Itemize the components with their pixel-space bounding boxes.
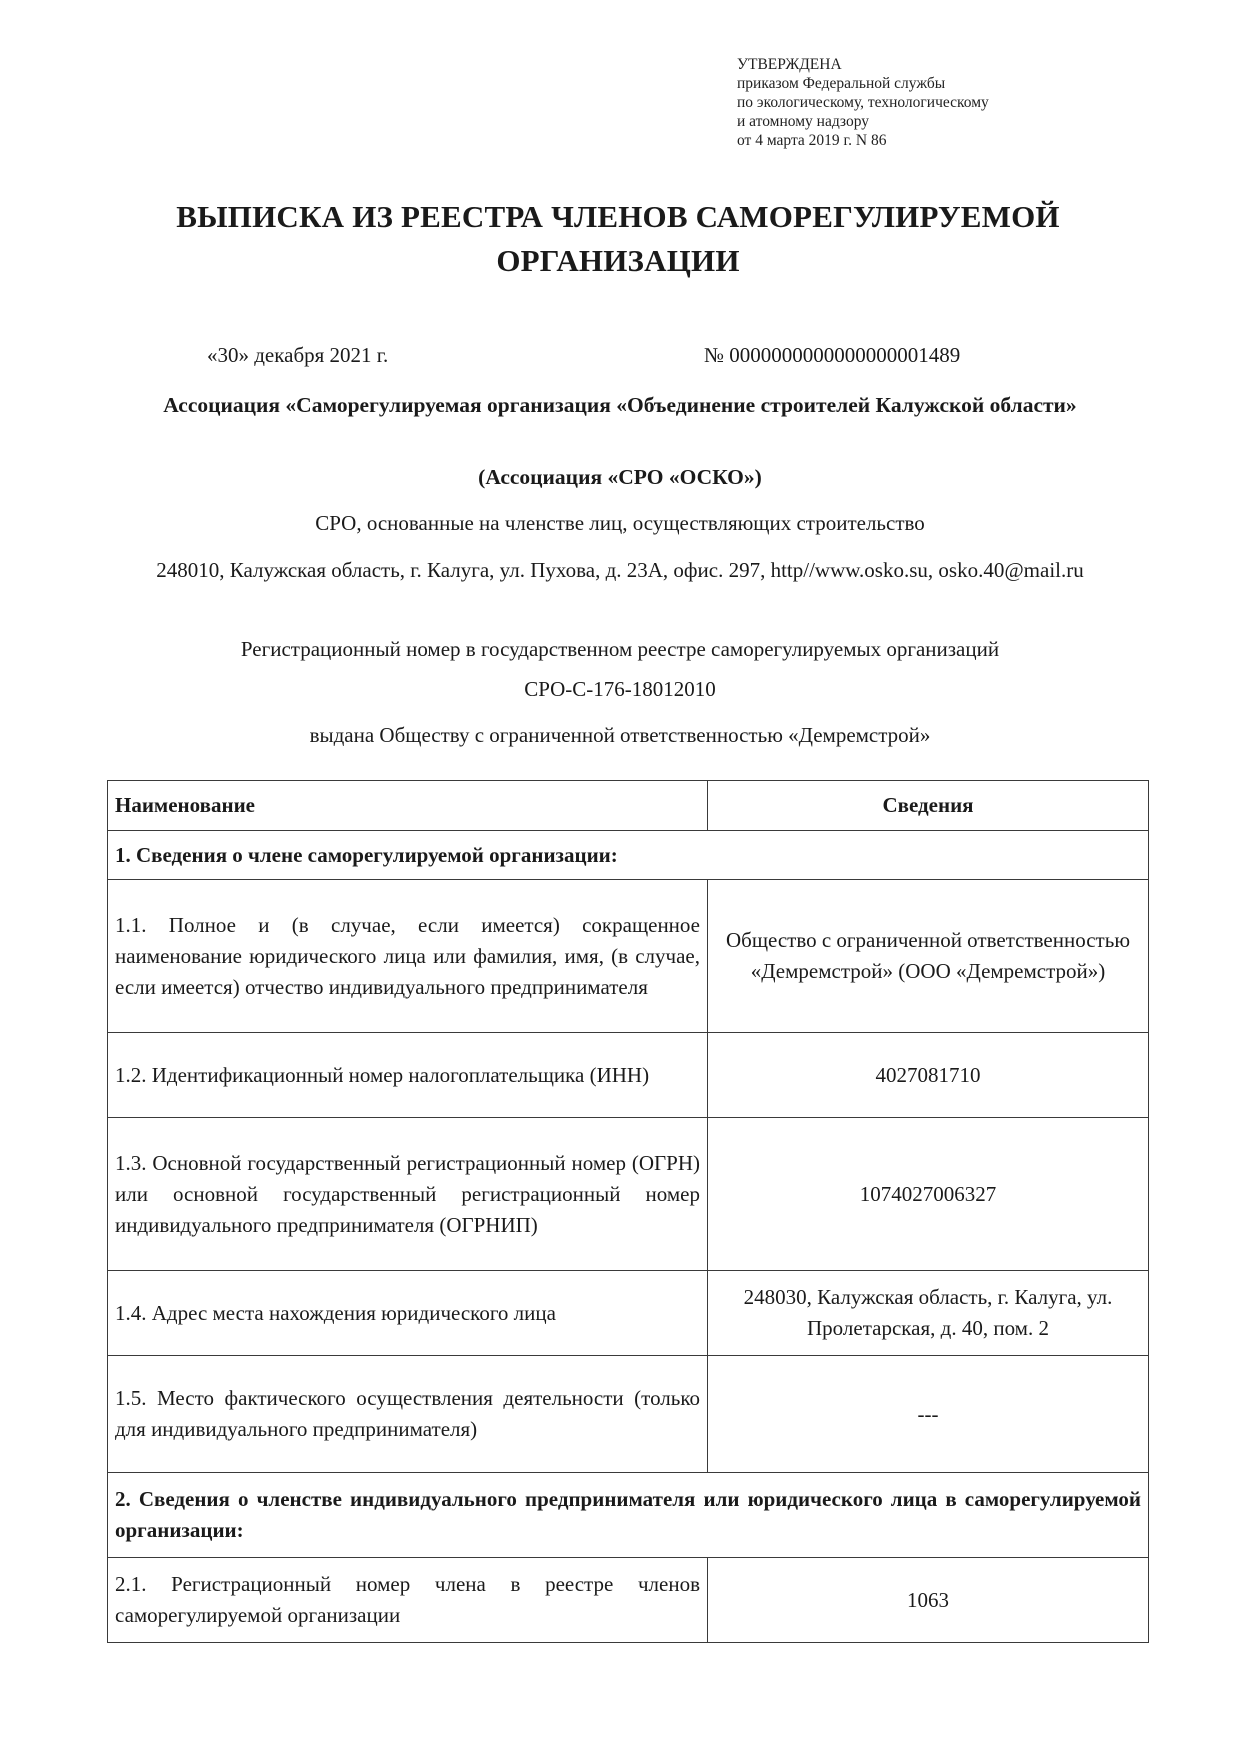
table-row: 1.4. Адрес места нахождения юридического… [108,1271,1149,1356]
row-value: Общество с ограниченной ответственностью… [708,880,1149,1033]
row-value: 1063 [708,1558,1149,1643]
organization-address: 248010, Калужская область, г. Калуга, ул… [120,555,1120,586]
section-title: 2. Сведения о членстве индивидуального п… [108,1473,1149,1558]
organization-short-name: (Ассоциация «СРО «ОСКО») [120,462,1120,493]
document-date: «30» декабря 2021 г. [207,342,388,368]
approval-line: и атомному надзору [737,112,989,131]
table-row: 1.2. Идентификационный номер налогоплате… [108,1033,1149,1118]
section-row: 1. Сведения о члене саморегулируемой орг… [108,831,1149,880]
title-line: ВЫПИСКА ИЗ РЕЕСТРА ЧЛЕНОВ САМОРЕГУЛИРУЕМ… [100,195,1136,239]
document-title: ВЫПИСКА ИЗ РЕЕСТРА ЧЛЕНОВ САМОРЕГУЛИРУЕМ… [100,195,1136,283]
row-name: 1.1. Полное и (в случае, если имеется) с… [108,880,708,1033]
organization-full-name: Ассоциация «Саморегулируемая организация… [120,388,1120,423]
table-row: 1.1. Полное и (в случае, если имеется) с… [108,880,1149,1033]
issued-to: выдана Обществу с ограниченной ответстве… [120,720,1120,751]
row-value: 248030, Калужская область, г. Калуга, ул… [708,1271,1149,1356]
section-row: 2. Сведения о членстве индивидуального п… [108,1473,1149,1558]
document-number: № 0000000000000000001489 [704,342,960,368]
row-name: 2.1. Регистрационный номер члена в реест… [108,1558,708,1643]
row-value: 1074027006327 [708,1118,1149,1271]
row-name: 1.2. Идентификационный номер налогоплате… [108,1033,708,1118]
approval-stamp: УТВЕРЖДЕНА приказом Федеральной службы п… [737,55,989,150]
title-line: ОРГАНИЗАЦИИ [100,239,1136,283]
registry-label: Регистрационный номер в государственном … [120,634,1120,665]
approval-line: приказом Федеральной службы [737,74,989,93]
table-header-row: Наименование Сведения [108,781,1149,831]
document-page: УТВЕРЖДЕНА приказом Федеральной службы п… [0,0,1236,1752]
registry-number: СРО-С-176-18012010 [120,674,1120,705]
sro-type: СРО, основанные на членстве лиц, осущест… [120,508,1120,539]
row-name: 1.3. Основной государственный регистраци… [108,1118,708,1271]
row-name: 1.5. Место фактического осуществления де… [108,1356,708,1473]
column-header-value: Сведения [708,781,1149,831]
column-header-name: Наименование [108,781,708,831]
row-name: 1.4. Адрес места нахождения юридического… [108,1271,708,1356]
registry-table: Наименование Сведения 1. Сведения о член… [107,780,1149,1643]
section-title: 1. Сведения о члене саморегулируемой орг… [108,831,1149,880]
table-row: 2.1. Регистрационный номер члена в реест… [108,1558,1149,1643]
approval-line: по экологическому, технологическому [737,93,989,112]
approval-line: УТВЕРЖДЕНА [737,55,989,74]
approval-line: от 4 марта 2019 г. N 86 [737,131,989,150]
table-row: 1.5. Место фактического осуществления де… [108,1356,1149,1473]
row-value: 4027081710 [708,1033,1149,1118]
row-value: --- [708,1356,1149,1473]
table-row: 1.3. Основной государственный регистраци… [108,1118,1149,1271]
